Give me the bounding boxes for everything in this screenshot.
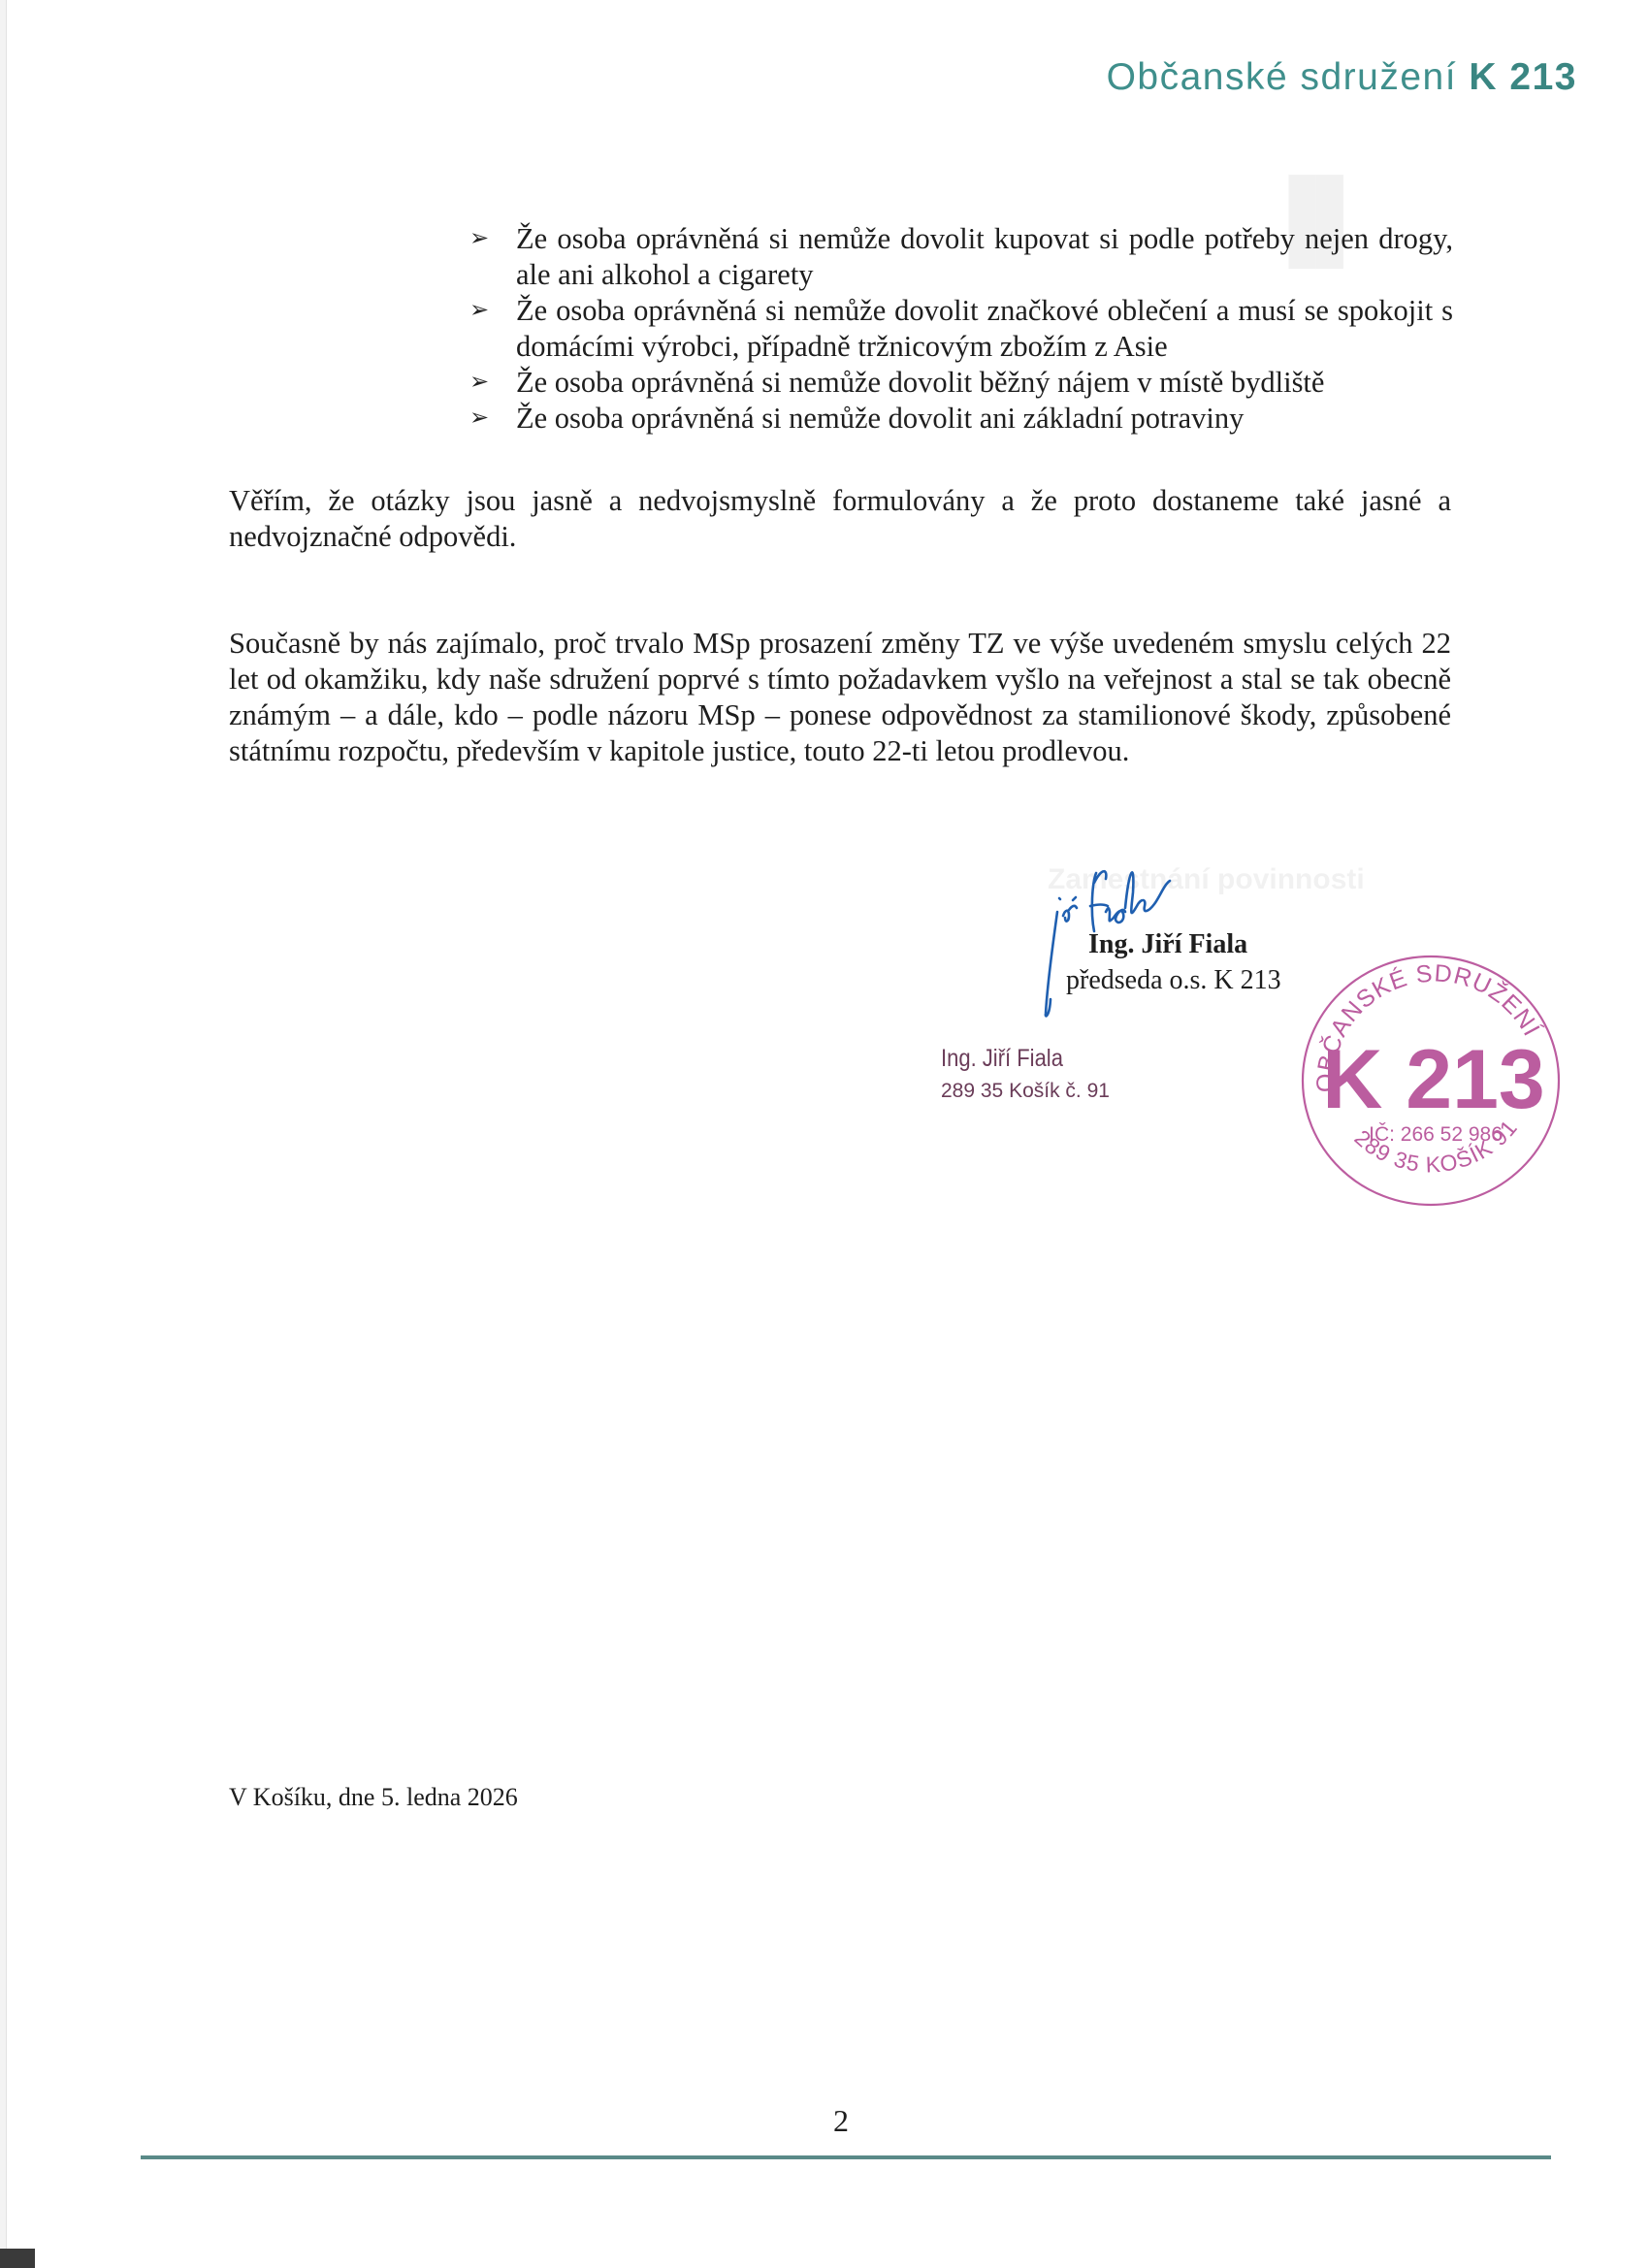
list-item-text: Že osoba oprávněná si nemůže dovolit kup… xyxy=(516,222,1453,291)
arrow-bullet-icon: ➢ xyxy=(469,293,489,329)
organization-code: K 213 xyxy=(1469,56,1577,98)
list-item: ➢Že osoba oprávněná si nemůže dovolit bě… xyxy=(469,365,1453,401)
name-stamp-line1: Ing. Jiří Fiala xyxy=(941,1039,1110,1077)
bullet-list: ➢Že osoba oprávněná si nemůže dovolit ku… xyxy=(469,221,1453,437)
place-and-date: V Košíku, dne 5. ledna 2026 xyxy=(229,1783,518,1812)
organization-name: Občanské sdružení xyxy=(1107,56,1458,98)
list-item-text: Že osoba oprávněná si nemůže dovolit běž… xyxy=(516,366,1324,399)
name-stamp: Ing. Jiří Fiala 289 35 Košík č. 91 xyxy=(941,1042,1110,1108)
arrow-bullet-icon: ➢ xyxy=(469,365,489,401)
list-item: ➢Že osoba oprávněná si nemůže dovolit an… xyxy=(469,401,1453,437)
arrow-bullet-icon: ➢ xyxy=(469,401,489,437)
scan-corner-mark xyxy=(0,2249,35,2268)
list-item: ➢Že osoba oprávněná si nemůže dovolit zn… xyxy=(469,293,1453,365)
footer-divider xyxy=(141,2155,1551,2159)
paragraph-delay-question: Současně by nás zajímalo, proč trvalo MS… xyxy=(229,626,1451,769)
arrow-bullet-icon: ➢ xyxy=(469,221,489,257)
list-item-text: Že osoba oprávněná si nemůže dovolit zna… xyxy=(516,294,1453,363)
paragraph-clarity: Věřím, že otázky jsou jasně a nedvojsmys… xyxy=(229,483,1451,555)
list-item: ➢Že osoba oprávněná si nemůže dovolit ku… xyxy=(469,221,1453,293)
name-stamp-line2: 289 35 Košík č. 91 xyxy=(941,1075,1110,1108)
signer-name: Ing. Jiří Fiala xyxy=(1088,929,1247,960)
organization-header: Občanské sdružení K 213 xyxy=(1107,56,1577,99)
organization-round-stamp: OBČANSKÉ SDRUŽENÍ K 213 IČ: 266 52 986 2… xyxy=(1290,937,1571,1218)
scan-left-edge xyxy=(0,0,7,2268)
signer-role: předseda o.s. K 213 xyxy=(1066,965,1281,996)
list-item-text: Že osoba oprávněná si nemůže dovolit ani… xyxy=(516,402,1244,435)
stamp-center-code: K 213 xyxy=(1322,1033,1545,1126)
page-number: 2 xyxy=(829,2103,853,2139)
